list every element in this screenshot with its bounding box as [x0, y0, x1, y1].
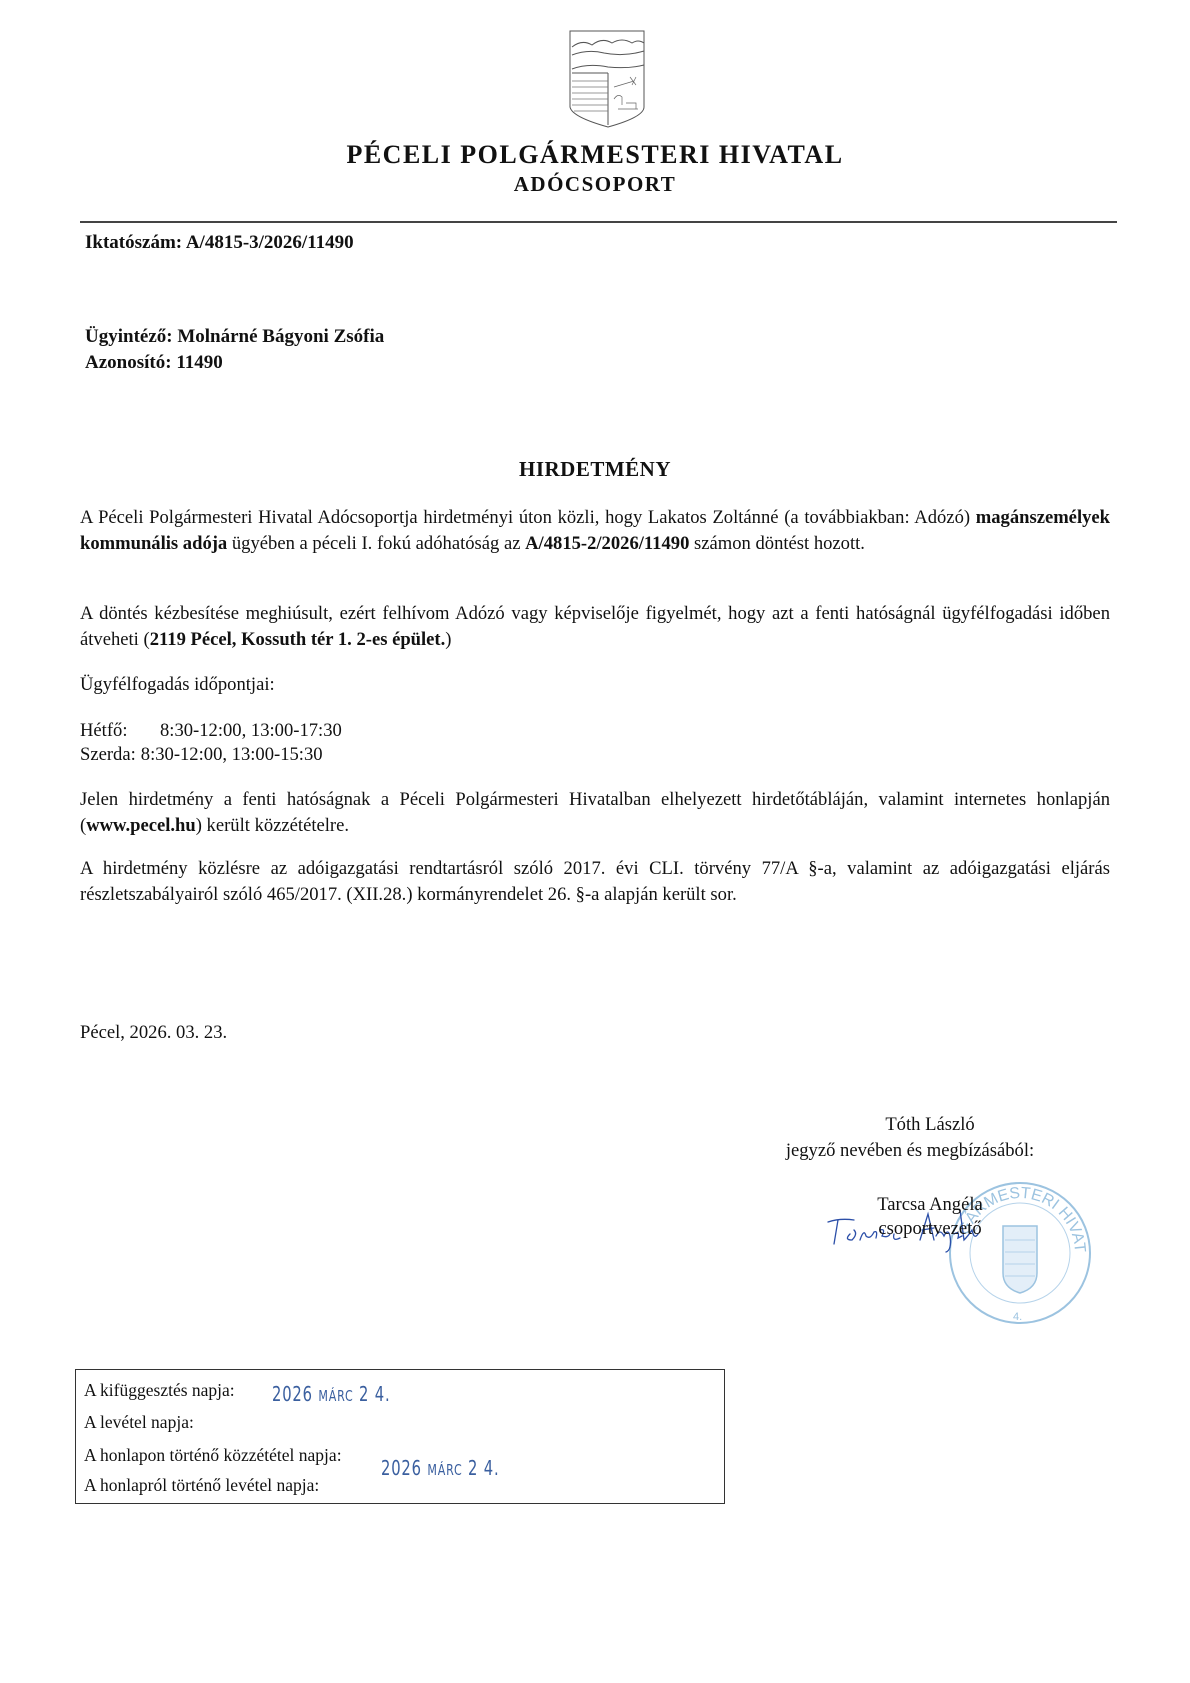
paragraph-text: ügyében a péceli I. fokú adóhatóság az: [227, 533, 525, 554]
registration-number: Iktatószám: A/4815-3/2026/11490: [85, 232, 354, 254]
paragraph-text: ) került közzétételre.: [196, 815, 349, 836]
stamp-year: 2026: [381, 1456, 422, 1480]
paragraph-decision: A Péceli Polgármesteri Hivatal Adócsopor…: [80, 505, 1110, 557]
paragraph-text: ): [445, 629, 451, 650]
organization-name: PÉCELI POLGÁRMESTERI HIVATAL: [0, 140, 1190, 170]
clerk: Ügyintéző: Molnárné Bágyoni Zsófia: [85, 326, 384, 348]
hours-time: 8:30-12:00, 13:00-17:30: [160, 720, 342, 741]
department-name: ADÓCSOPORT: [0, 172, 1190, 197]
hours-day: Szerda:: [80, 742, 136, 768]
posting-date-stamp: 2026 MÁRC 2 4.: [272, 1382, 390, 1406]
signer-name: Tarcsa Angéla: [760, 1192, 1100, 1218]
registration-label: Iktatószám:: [85, 232, 182, 253]
hours-day: Hétfő:: [80, 718, 160, 744]
paragraph-delivery: A döntés kézbesítése meghiúsult, ezért f…: [80, 601, 1110, 653]
place-date: Pécel, 2026. 03. 23.: [80, 1022, 227, 1044]
header-divider: [80, 221, 1117, 223]
hours-row: Hétfő:8:30-12:00, 13:00-17:30: [80, 718, 342, 744]
page-title: HIRDETMÉNY: [0, 457, 1190, 482]
office-address: 2119 Pécel, Kossuth tér 1. 2-es épület.: [150, 629, 446, 650]
signer-title: csoportvezető: [760, 1216, 1100, 1242]
web-publish-date-stamp: 2026 MÁRC 2 4.: [381, 1456, 499, 1480]
paragraph-text: számon döntést hozott.: [689, 533, 865, 554]
posting-dates-box: A kifüggesztés napja: A levétel napja: A…: [75, 1369, 725, 1504]
posting-row-label: A kifüggesztés napja:: [84, 1380, 235, 1401]
paragraph-text: A Péceli Polgármesteri Hivatal Adócsopor…: [80, 507, 976, 528]
on-behalf-text: jegyző nevében és megbízásából:: [740, 1138, 1080, 1164]
paragraph-legal-basis: A hirdetmény közlésre az adóigazgatási r…: [80, 856, 1110, 908]
principal-name: Tóth László: [760, 1112, 1100, 1138]
paragraph-publication: Jelen hirdetmény a fenti hatóságnak a Pé…: [80, 787, 1110, 839]
decision-number: A/4815-2/2026/11490: [525, 533, 689, 554]
coat-of-arms-icon: [568, 29, 648, 129]
hours-row: Szerda:8:30-12:00, 13:00-15:30: [80, 742, 323, 768]
registration-value: A/4815-3/2026/11490: [186, 232, 354, 253]
website-link[interactable]: www.pecel.hu: [86, 815, 196, 836]
stamp-day: 2 4.: [359, 1382, 390, 1406]
identifier-label: Azonosító:: [85, 352, 172, 373]
svg-text:4.: 4.: [1013, 1311, 1022, 1323]
hours-title: Ügyfélfogadás időpontjai:: [80, 672, 275, 698]
web-publish-row-label: A honlapon történő közzététel napja:: [84, 1445, 342, 1466]
identifier-value: 11490: [176, 352, 222, 373]
stamp-month: MÁRC: [318, 1387, 353, 1405]
clerk-name: Molnárné Bágyoni Zsófia: [177, 326, 384, 347]
clerk-label: Ügyintéző:: [85, 326, 173, 347]
stamp-day: 2 4.: [468, 1456, 499, 1480]
identifier: Azonosító: 11490: [85, 352, 223, 374]
removal-row-label: A levétel napja:: [84, 1412, 194, 1433]
stamp-month: MÁRC: [427, 1461, 462, 1479]
web-removal-row-label: A honlapról történő levétel napja:: [84, 1475, 319, 1496]
stamp-year: 2026: [272, 1382, 313, 1406]
hours-time: 8:30-12:00, 13:00-15:30: [141, 744, 323, 765]
